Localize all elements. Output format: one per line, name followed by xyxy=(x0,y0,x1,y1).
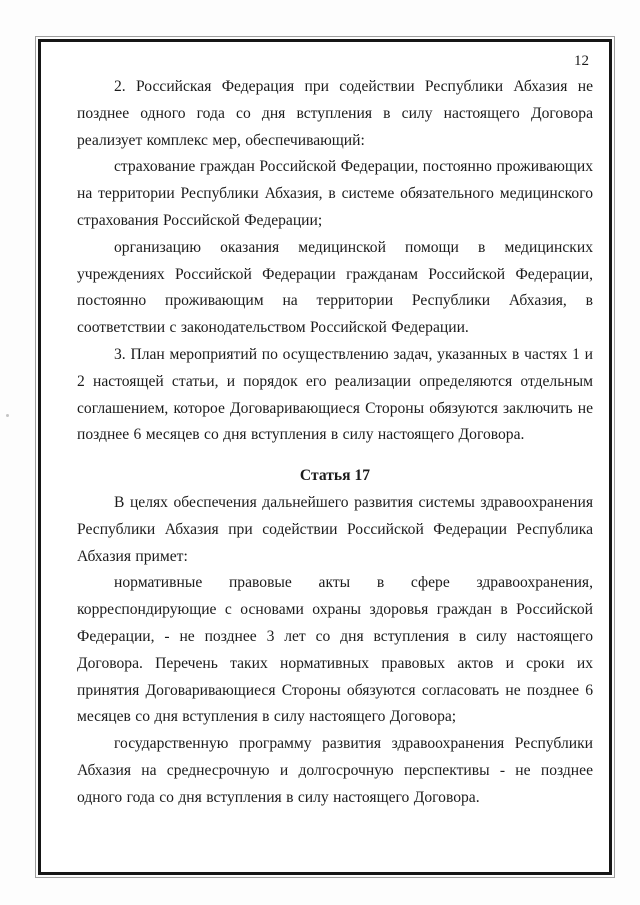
paragraph-point-2: 2. Российская Федерация при содействии Р… xyxy=(77,74,593,154)
article-17-heading: Статья 17 xyxy=(77,463,593,490)
paragraph-legal-acts: нормативные правовые акты в сфере здраво… xyxy=(77,570,593,731)
paragraph-state-program: государственную программу развития здрав… xyxy=(77,731,593,811)
scanned-document: { "colors": { "ink": "#1b1b1b", "paper":… xyxy=(0,0,640,905)
scan-speckle xyxy=(6,414,9,417)
page-number: 12 xyxy=(77,50,589,72)
paragraph-medical-aid: организацию оказания медицинской помощи … xyxy=(77,235,593,342)
document-page: 12 2. Российская Федерация при содействи… xyxy=(38,39,612,875)
paragraph-insurance: страхование граждан Российской Федерации… xyxy=(77,154,593,234)
paragraph-point-3: 3. План мероприятий по осуществлению зад… xyxy=(77,342,593,449)
paragraph-article17-intro: В целях обеспечения дальнейшего развития… xyxy=(77,490,593,570)
